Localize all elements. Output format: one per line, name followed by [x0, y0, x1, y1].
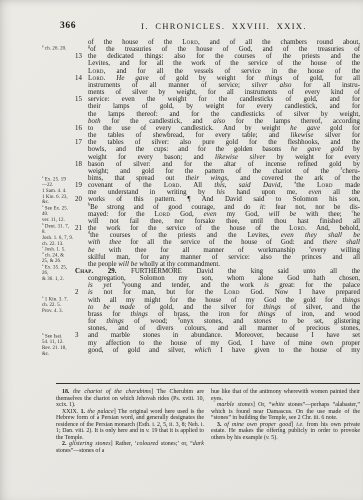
body-line: for things of wood; bonyx stones, and st… [88, 318, 360, 325]
body-line: bBe strong and of good courage, and do i… [88, 204, 360, 211]
body-line: mayed: for the Lord God, even my God, wi… [88, 211, 360, 218]
body-line: 3and marble stones in abundance. Moreove… [88, 332, 360, 339]
verse-number: 16 [75, 125, 86, 132]
footnote-paragraph: hue like that of the antimony wherewith … [211, 389, 360, 402]
body-line: their lamps of gold, by weight for every… [88, 103, 360, 110]
body-line: be with thee for all manner of workmansh… [88, 247, 360, 254]
body-line: the tables of shewbread, for every table… [88, 132, 360, 139]
body-line: 16to the use of every candlestick. And b… [88, 125, 360, 132]
body-line: 19covenant of the Lord. All this, said D… [88, 182, 360, 189]
verse-number: 15 [75, 96, 86, 103]
body-line: 15service: even the weight for the candl… [88, 96, 360, 103]
footnote-paragraph: marble stones] Or, “white stones”—perhap… [211, 402, 360, 422]
body-line: to be made of gold, and the silver for t… [88, 304, 360, 311]
verse-number: 21 [75, 225, 86, 232]
footnote-divider [56, 383, 360, 384]
body-line: stones, and of divers colours, and all m… [88, 325, 360, 332]
verse-number: 20 [75, 196, 86, 203]
body-line: 17the tables of silver: also pure gold f… [88, 139, 360, 146]
body-line: Lord, and for all the vessels of service… [88, 68, 360, 75]
margin-note: d ch. 24, &25, & 26. [42, 253, 87, 265]
verse-number: 17 [75, 139, 86, 146]
footnote-paragraph: 2. glistering stones] Rather, ‘coloured … [56, 441, 204, 454]
body-line: the lamps thereof: and for the candlesti… [88, 111, 360, 118]
verse-number: 3 [75, 332, 86, 339]
body-text: of the house of the Lord, and of all the… [88, 39, 360, 354]
body-line: me understand in writing by his hand upo… [88, 189, 360, 196]
verse-number: 19 [75, 182, 86, 189]
body-line: 13the dedicated things: also for the cou… [88, 53, 360, 60]
body-line: the people will be wholly at thy command… [88, 261, 360, 268]
body-line: good, of gold and silver, which I have g… [88, 347, 360, 354]
body-line: ments of silver by weight, for all instr… [88, 89, 360, 96]
footnotes-right: hue like that of the antimony wherewith … [211, 389, 360, 441]
margin-note: a See Ex. 25.40.ver. 11, 12. [42, 206, 87, 224]
running-header: I. CHRONICLES. XXVIII. XXIX. [88, 22, 360, 31]
footnote-paragraph: XXIX. 1. the palace] The original word h… [56, 409, 204, 442]
body-line: 14Lord. He gave of gold by weight for th… [88, 75, 360, 82]
scanned-book-page: 366 I. CHRONICLES. XXVIII. XXIX. g ch. 2… [0, 0, 363, 500]
body-line: 2is not for man, but for the Lord God. N… [88, 289, 360, 296]
body-line: dthe courses of the priests and the Levi… [88, 232, 360, 239]
body-line: Levites, and for all the work of the ser… [88, 60, 360, 67]
margin-note: a 1 Kin. 3. 7.ch. 22. 5.Prov. 4. 3. [42, 297, 87, 315]
margin-note: g ch. 26. 20. [42, 46, 87, 52]
body-line: skilful man, for any manner of service: … [88, 254, 360, 261]
verse-number: 18 [75, 161, 86, 168]
footnote-paragraph: 18. the chariot of the cherubims] The Ch… [56, 389, 204, 409]
page-number: 366 [60, 21, 76, 31]
verse-number: 14 [75, 75, 86, 82]
body-line: gof the treasuries of the house of God, … [88, 46, 360, 53]
body-line: weight for every bason; and likewise sil… [88, 154, 360, 161]
body-line: weight; and gold for the pattern of the … [88, 168, 360, 175]
body-line: instruments of all manner of service; si… [88, 82, 360, 89]
body-line: Chap. 29. FURTHERMORE David the king sai… [75, 268, 360, 275]
body-line: with thee for all the service of the hou… [88, 239, 360, 246]
verse-number: 2 [75, 289, 86, 296]
body-line: 18bason of silver: and for the altar of … [88, 161, 360, 168]
body-line: bowls, and the cups: and for the golden … [88, 146, 360, 153]
body-line: will not fail thee, nor forsake thee, un… [88, 218, 360, 225]
footnote-paragraph: 3. of mine own proper good] i.e. from hi… [211, 422, 360, 442]
body-line: with all my might for the house of my Go… [88, 297, 360, 304]
footnotes-left: 18. the chariot of the cherubims] The Ch… [56, 389, 204, 454]
body-line: 20works of this pattern. ¶ And David sai… [88, 196, 360, 203]
verse-number: 13 [75, 53, 86, 60]
body-line: both for the candlestick, and also for t… [88, 118, 360, 125]
body-line: is yet ayoung and tender, and the work i… [88, 282, 360, 289]
body-line: my affection to the house of my God, I h… [88, 340, 360, 347]
